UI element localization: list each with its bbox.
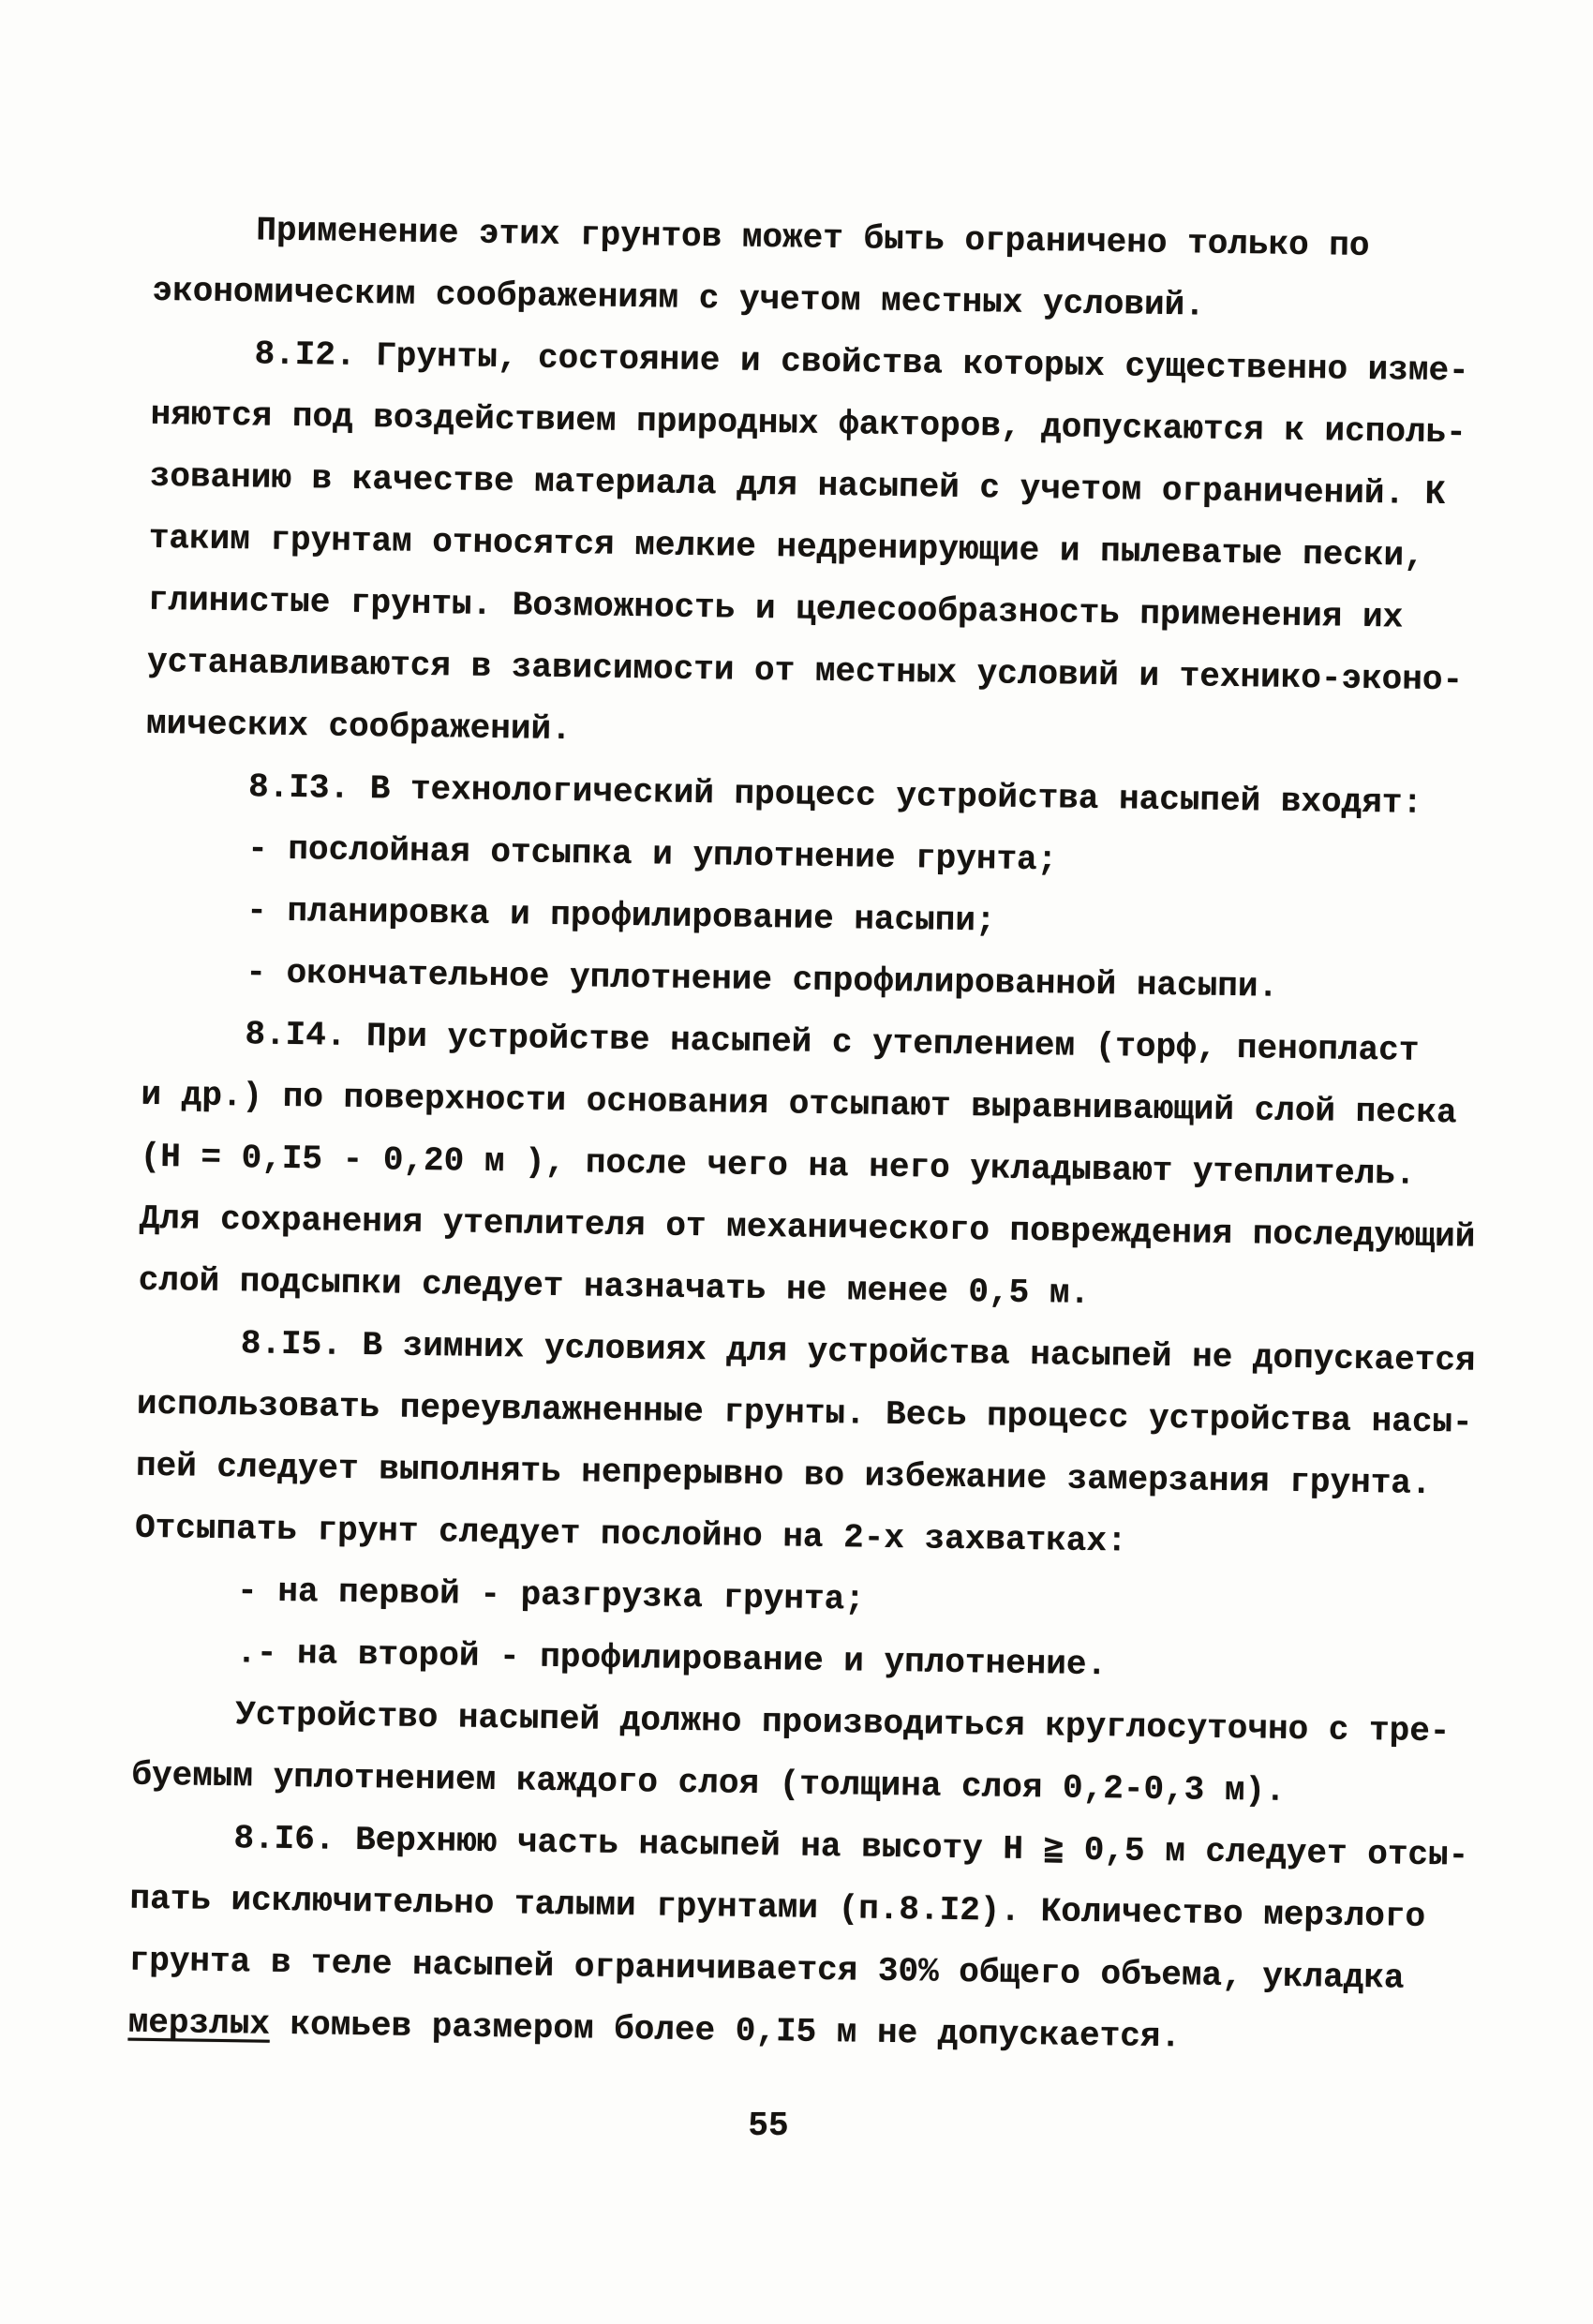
document-body: Применение этих грунтов может быть огран…	[127, 199, 1531, 2073]
scanned-page: Применение этих грунтов может быть огран…	[0, 0, 1593, 2324]
page-number: 55	[0, 2107, 1537, 2145]
underlined-word: мерзлых	[127, 2004, 270, 2044]
